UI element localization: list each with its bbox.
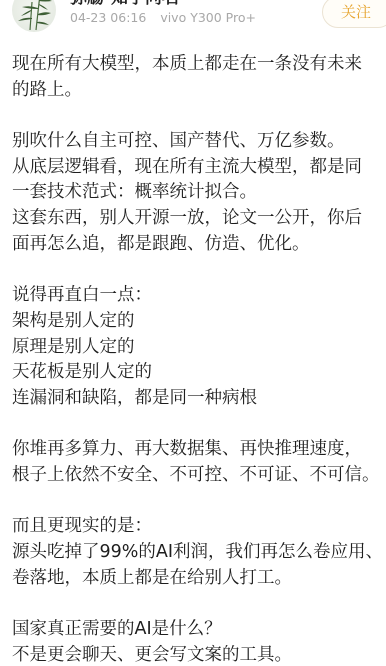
post-header: 弥觞-知乎同名 04-23 06:16 vivo Y300 Pro+ 关注 [0, 0, 386, 40]
paragraph: 你堆再多算力、再大数据集、再快推理速度， 根子上依然不安全、不可控、不可证、不可… [12, 437, 386, 488]
text-line: 一套技术范式：概率统计拟合。 [12, 180, 386, 206]
text-line: 面再怎么追，都是跟跑、仿造、优化。 [12, 232, 386, 258]
text-line: 的路上。 [12, 78, 386, 104]
text-line: 别吹什么自主可控、国产替代、万亿参数。 [12, 129, 386, 155]
post-device: vivo Y300 Pro+ [160, 10, 256, 25]
text-line: 从底层逻辑看，现在所有主流大模型，都是同 [12, 155, 386, 181]
text-line: 而且更现实的是： [12, 514, 386, 540]
text-line: 说得再直白一点： [12, 283, 386, 309]
paragraph-gap [12, 489, 386, 515]
text-line: 国家真正需要的AI是什么？ [12, 617, 386, 643]
author-name[interactable]: 弥觞-知乎同名 [70, 0, 179, 8]
post-time: 04-23 06:16 [70, 10, 146, 25]
paragraph-gap [12, 412, 386, 438]
paragraph-gap [12, 258, 386, 284]
text-line: 连漏洞和缺陷，都是同一种病根 [12, 386, 386, 412]
bamboo-avatar-icon [12, 0, 56, 32]
author-avatar[interactable] [12, 0, 56, 32]
paragraph: 国家真正需要的AI是什么？ 不是更会聊天、更会写文案的工具。 [12, 617, 386, 666]
text-line: 源头吃掉了99%的AI利润，我们再怎么卷应用、 [12, 540, 386, 566]
paragraph: 说得再直白一点： 架构是别人定的 原理是别人定的 天花板是别人定的 连漏洞和缺陷… [12, 283, 386, 411]
text-line: 这套东西，别人开源一放，论文一公开，你后 [12, 206, 386, 232]
paragraph: 现在所有大模型，本质上都走在一条没有未来 的路上。 [12, 52, 386, 103]
text-line: 你堆再多算力、再大数据集、再快推理速度， [12, 437, 386, 463]
text-line: 天花板是别人定的 [12, 360, 386, 386]
text-line: 架构是别人定的 [12, 309, 386, 335]
follow-button[interactable]: 关注 [322, 0, 386, 28]
text-line: 根子上依然不安全、不可控、不可证、不可信。 [12, 463, 386, 489]
post-meta: 04-23 06:16 vivo Y300 Pro+ [70, 9, 256, 27]
post-body: 现在所有大模型，本质上都走在一条没有未来 的路上。 别吹什么自主可控、国产替代、… [12, 52, 386, 666]
paragraph-gap [12, 103, 386, 129]
paragraph-gap [12, 591, 386, 617]
text-line: 现在所有大模型，本质上都走在一条没有未来 [12, 52, 386, 78]
text-line: 原理是别人定的 [12, 335, 386, 361]
paragraph: 别吹什么自主可控、国产替代、万亿参数。 从底层逻辑看，现在所有主流大模型，都是同… [12, 129, 386, 257]
paragraph: 而且更现实的是： 源头吃掉了99%的AI利润，我们再怎么卷应用、 卷落地，本质上… [12, 514, 386, 591]
text-line: 不是更会聊天、更会写文案的工具。 [12, 643, 386, 666]
text-line: 卷落地，本质上都是在给别人打工。 [12, 566, 386, 592]
